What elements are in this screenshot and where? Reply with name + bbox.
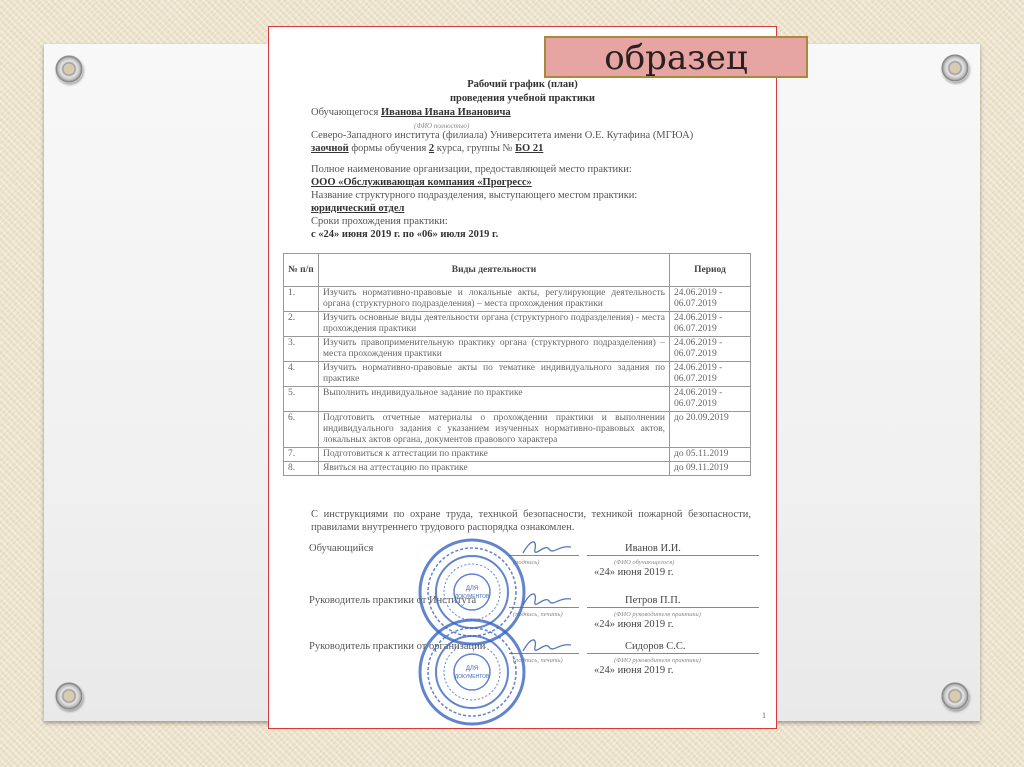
cell-period: 24.06.2019 - 06.07.2019 [670, 387, 751, 412]
table-row: 1.Изучить нормативно-правовые и локальны… [284, 287, 751, 312]
cell-period: до 09.11.2019 [670, 462, 751, 476]
period-value: с «24» июня 2019 г. по «06» июля 2019 г. [311, 229, 498, 242]
cell-activity: Изучить основные виды деятельности орган… [319, 312, 670, 337]
doc-title-line1: Рабочий график (план) [269, 79, 776, 92]
student-name: Иванова Ивана Ивановича [381, 107, 511, 118]
cell-activity: Изучить нормативно-правовые и локальные … [319, 287, 670, 312]
study-form: заочной [311, 143, 349, 154]
signer-name: Петров П.П. [625, 595, 680, 608]
signer-name: Иванов И.И. [625, 543, 681, 556]
signature-date: «24» июня 2019 г. [594, 567, 674, 580]
cell-num: 7. [284, 448, 319, 462]
student-line: Обучающегося Иванова Ивана Ивановича [311, 107, 511, 120]
cell-activity: Выполнить индивидуальное задание по прак… [319, 387, 670, 412]
col-activity: Виды деятельности [319, 254, 670, 287]
table-row: 7.Подготовиться к аттестации по практике… [284, 448, 751, 462]
student-prefix: Обучающегося [311, 107, 378, 118]
institute-line: Северо-Западного института (филиала) Уни… [311, 130, 693, 143]
cell-num: 6. [284, 412, 319, 448]
table-row: 6.Подготовить отчетные материалы о прохо… [284, 412, 751, 448]
cell-num: 4. [284, 362, 319, 387]
table-row: 5.Выполнить индивидуальное задание по пр… [284, 387, 751, 412]
svg-text:ДОКУМЕНТОВ: ДОКУМЕНТОВ [455, 594, 490, 600]
cell-num: 2. [284, 312, 319, 337]
cell-num: 3. [284, 337, 319, 362]
cell-period: до 05.11.2019 [670, 448, 751, 462]
table-row: 2.Изучить основные виды деятельности орг… [284, 312, 751, 337]
signature-scribble-icon [519, 589, 579, 609]
signature-date: «24» июня 2019 г. [594, 665, 674, 678]
group: БО 21 [515, 143, 543, 154]
study-form-text: формы обучения [349, 143, 429, 154]
col-period: Период [670, 254, 751, 287]
sample-label: образец [544, 36, 808, 78]
safety-text: С инструкциями по охране труда, технικой… [311, 509, 751, 534]
cell-period: 24.06.2019 - 06.07.2019 [670, 287, 751, 312]
cell-num: 1. [284, 287, 319, 312]
document-page: Рабочий график (план) проведения учебной… [268, 26, 777, 729]
cell-period: 24.06.2019 - 06.07.2019 [670, 362, 751, 387]
page-number: 1 [762, 710, 766, 723]
doc-title-line2: проведения учебной практики [269, 93, 776, 106]
unit-name: юридический отдел [311, 203, 404, 216]
unit-label: Название структурного подразделения, выс… [311, 190, 637, 203]
svg-text:ДОКУМЕНТОВ: ДОКУМЕНТОВ [455, 674, 490, 680]
org-label: Полное наименование организации, предост… [311, 164, 632, 177]
signature-scribble-icon [519, 635, 579, 655]
seal-stamp-icon: ДЛЯ ДОКУМЕНТОВ [417, 617, 527, 727]
cell-activity: Изучить нормативно-правовые акты по тема… [319, 362, 670, 387]
table-header-row: № п/п Виды деятельности Период [284, 254, 751, 287]
grommet-icon [941, 54, 969, 82]
cell-activity: Подготовить отчетные материалы о прохожд… [319, 412, 670, 448]
cell-period: 24.06.2019 - 06.07.2019 [670, 312, 751, 337]
cell-num: 5. [284, 387, 319, 412]
cell-activity: Изучить правоприменительную практику орг… [319, 337, 670, 362]
signer-name: Сидоров С.С. [625, 641, 686, 654]
cell-activity: Явиться на аттестацию по практике [319, 462, 670, 476]
group-label: курса, группы № [434, 143, 515, 154]
col-num: № п/п [284, 254, 319, 287]
activity-table: № п/п Виды деятельности Период 1.Изучить… [283, 253, 751, 476]
grommet-icon [55, 55, 83, 83]
signer-role: Обучающийся [309, 543, 373, 556]
svg-text:ДЛЯ: ДЛЯ [466, 666, 478, 672]
org-name: ООО «Обслуживающая компания «Прогресс» [311, 177, 532, 190]
cell-period: до 20.09.2019 [670, 412, 751, 448]
table-row: 4.Изучить нормативно-правовые акты по те… [284, 362, 751, 387]
cell-period: 24.06.2019 - 06.07.2019 [670, 337, 751, 362]
period-label: Сроки прохождения практики: [311, 216, 448, 229]
grommet-icon [941, 682, 969, 710]
cell-activity: Подготовиться к аттестации по практике [319, 448, 670, 462]
svg-text:ДЛЯ: ДЛЯ [466, 586, 478, 592]
study-form-line: заочной формы обучения 2 курса, группы №… [311, 143, 543, 156]
table-row: 8.Явиться на аттестацию по практикедо 09… [284, 462, 751, 476]
cell-num: 8. [284, 462, 319, 476]
signature-scribble-icon [519, 537, 579, 557]
signature-date: «24» июня 2019 г. [594, 619, 674, 632]
table-row: 3.Изучить правоприменительную практику о… [284, 337, 751, 362]
grommet-icon [55, 682, 83, 710]
